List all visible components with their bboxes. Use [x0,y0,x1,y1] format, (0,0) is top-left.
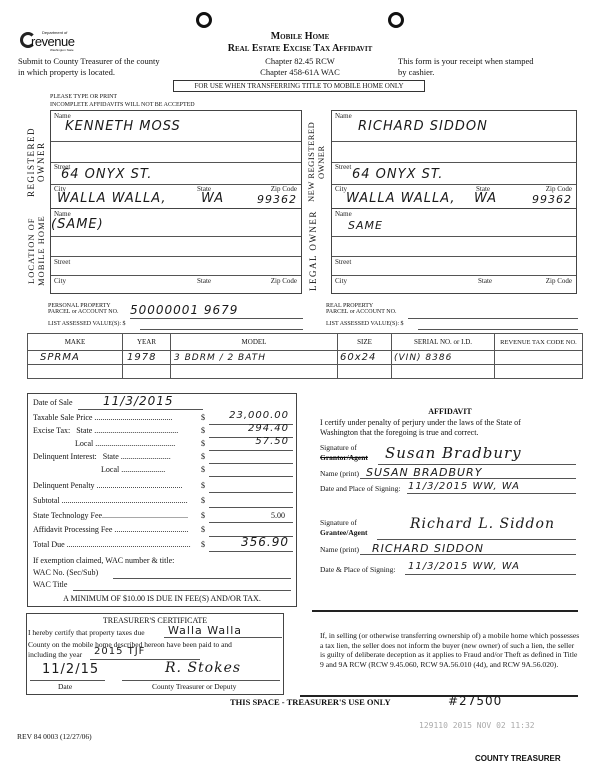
new-owner-name[interactable]: RICHARD SIDDON [358,119,488,134]
date-of-sale-value[interactable]: 11/3/2015 [103,394,174,408]
city-label: City [335,277,347,285]
treasurer-date-label: Date [58,682,72,691]
grantor-date-label: Date and Place of Signing: [320,484,400,493]
registered-owner-state[interactable]: WA [201,191,224,206]
affidavit-divider [312,610,578,612]
treasurer-line-3: including the year 2015 TJF [28,650,228,660]
personal-property: PERSONAL PROPERTY PARCEL or ACCOUNT NO. … [48,303,303,331]
treasurer-line-1: I hereby certify that property taxes due… [28,628,282,638]
logo-state: Washington State [50,48,74,52]
submit-note: Submit to County Treasurer of the county… [18,56,160,78]
form-number: REV 84 0003 (12/27/06) [17,732,92,741]
treasurer-signature[interactable]: R. Stokes [165,660,241,676]
city-label: City [54,277,66,285]
treasurer-year[interactable]: 2015 TJF [94,646,145,657]
new-owner-state[interactable]: WA [474,191,497,206]
wac-title: WAC Title [33,580,291,591]
state-label: State [197,277,211,285]
minimum-note: A MINIMUM OF $10.00 IS DUE IN FEE(S) AND… [27,594,297,603]
cashier-stamp-label: COUNTY TREASURER [475,754,561,763]
personal-parcel-value[interactable]: 50000001 9679 [130,303,238,317]
fee-subtotal: Subtotal ...............................… [33,496,293,508]
year-cell[interactable]: 1978 [123,351,171,365]
zip-label: Zip Code [271,185,297,193]
zip-label: Zip Code [546,277,572,285]
col-make: MAKE [28,334,123,351]
lien-notice: If, in selling (or otherwise transferrin… [320,631,580,669]
affidavit-statement: I certify under penalty of perjury under… [320,418,560,438]
dor-logo: Department of Revenue Washington State [20,30,80,52]
make-cell[interactable]: SPRMA [28,351,123,365]
treasurer-use-label: THIS SPACE - TREASURER'S USE ONLY [230,697,391,707]
col-size: SIZE [338,334,392,351]
fee-delinquent-interest-state: Delinquent Interest: State .............… [33,452,293,464]
use-banner: FOR USE WHEN TRANSFERRING TITLE TO MOBIL… [173,80,425,92]
treasurer-date[interactable]: 11/2/15 [42,662,99,677]
col-serial: SERIAL NO. or I.D. [392,334,495,351]
fee-delinquent-interest-local: Local ......................$ [33,465,293,477]
chapter-refs: Chapter 82.45 RCW Chapter 458-61A WAC [220,56,380,78]
street-label: Street [335,258,351,266]
new-registered-owner-label: NEW REGISTERED OWNER [306,112,330,212]
instruction-type-print: PLEASE TYPE OR PRINT [50,94,117,100]
treasurer-sig-label: County Treasurer or Deputy [152,682,236,691]
fee-state-technology: State Technology Fee....................… [33,511,293,523]
street-label: Street [335,163,351,171]
grantor-signature[interactable]: Susan Bradbury [385,444,522,462]
instruction-incomplete: INCOMPLETE AFFIDAVITS WILL NOT BE ACCEPT… [50,102,195,108]
new-owner-city[interactable]: WALLA WALLA, [346,191,455,206]
fee-excise-local: Local ..................................… [33,439,293,451]
table-row: SPRMA 1978 3 BDRM / 2 BATH 60x24 (VIN) 8… [28,351,583,365]
name-label: Name [335,112,352,120]
new-owner-street[interactable]: 64 ONYX ST. [352,167,443,182]
grantee-signature-label: Signature of Grantee/Agent [320,518,368,538]
fee-excise-state: Excise Tax: State ......................… [33,426,293,438]
logo-name: Revenue [31,34,74,49]
legal-owner-box: Name SAME Street City State Zip Code [331,208,577,294]
fee-delinquent-penalty: Delinquent Penalty .....................… [33,481,293,493]
location-box: Name (SAME) Street City State Zip Code [50,208,302,294]
zip-label: Zip Code [546,185,572,193]
real-property: REAL PROPERTY PARCEL or ACCOUNT NO. LIST… [326,303,578,331]
grantee-name-label: Name (print) [320,545,359,554]
model-cell[interactable]: 3 BDRM / 2 BATH [171,351,338,365]
treasurer-certificate-title: TREASURER'S CERTIFICATE [26,616,284,625]
serial-cell[interactable]: (VIN) 8386 [392,351,495,365]
registered-owner-name[interactable]: KENNETH MOSS [65,119,181,134]
registered-owner-box: Name KENNETH MOSS Street 64 ONYX ST. Cit… [50,110,302,209]
fee-total-due: Total Due ..............................… [33,540,293,552]
grantor-name[interactable]: SUSAN BRADBURY [366,466,482,479]
name-label: Name [335,210,352,218]
grantee-name[interactable]: RICHARD SIDDON [372,542,484,555]
col-revenue-code: REVENUE TAX CODE NO. [495,334,583,351]
treasurer-use-number: #27500 [448,694,502,708]
state-label: State [478,277,492,285]
cashier-stamp: 129110 2015 NOV 02 11:32 [419,721,535,730]
exemption-label: If exemption claimed, WAC number & title… [33,556,174,565]
date-of-sale: Date of Sale 11/3/2015 [33,398,291,410]
grantor-name-label: Name (print) [320,469,359,478]
revenue-code-cell[interactable] [495,351,583,365]
mobile-home-table: MAKE YEAR MODEL SIZE SERIAL NO. or I.D. … [27,333,583,379]
registered-owner-label: REGISTERED OWNER [26,112,46,212]
registered-owner-street[interactable]: 64 ONYX ST. [61,167,152,182]
punch-hole-left [196,12,212,28]
col-model: MODEL [171,334,338,351]
treasurer-county[interactable]: Walla Walla [168,624,242,637]
size-cell[interactable]: 60x24 [338,351,392,365]
legal-owner-name[interactable]: SAME [348,219,383,232]
grantee-date[interactable]: 11/3/2015 WW, WA [408,561,520,572]
zip-label: Zip Code [271,277,297,285]
registered-owner-city[interactable]: WALLA WALLA, [57,191,166,206]
registered-owner-zip[interactable]: 99362 [257,193,297,206]
grantor-date[interactable]: 11/3/2015 WW, WA [408,481,520,492]
receipt-note: This form is your receipt when stamped b… [398,56,534,78]
col-year: YEAR [123,334,171,351]
affidavit-title: AFFIDAVIT [300,407,600,416]
location-name[interactable]: (SAME) [51,217,104,232]
new-owner-zip[interactable]: 99362 [532,193,572,206]
grantee-date-label: Date & Place of Signing: [320,565,395,574]
location-of-mobile-home-label: LOCATION OF MOBILE HOME [26,208,48,294]
legal-owner-label: LEGAL OWNER [308,208,328,294]
form-title: Mobile Home Real Estate Excise Tax Affid… [180,31,420,55]
grantee-signature[interactable]: Richard L. Siddon [410,516,555,532]
street-label: Street [54,258,70,266]
grantor-signature-label: Signature of Grantor/Agent [320,443,368,463]
punch-hole-right [388,12,404,28]
table-row [28,365,583,379]
wac-no: WAC No. (Sec/Sub) [33,568,291,579]
new-registered-owner-box: Name RICHARD SIDDON Street 64 ONYX ST. C… [331,110,577,209]
